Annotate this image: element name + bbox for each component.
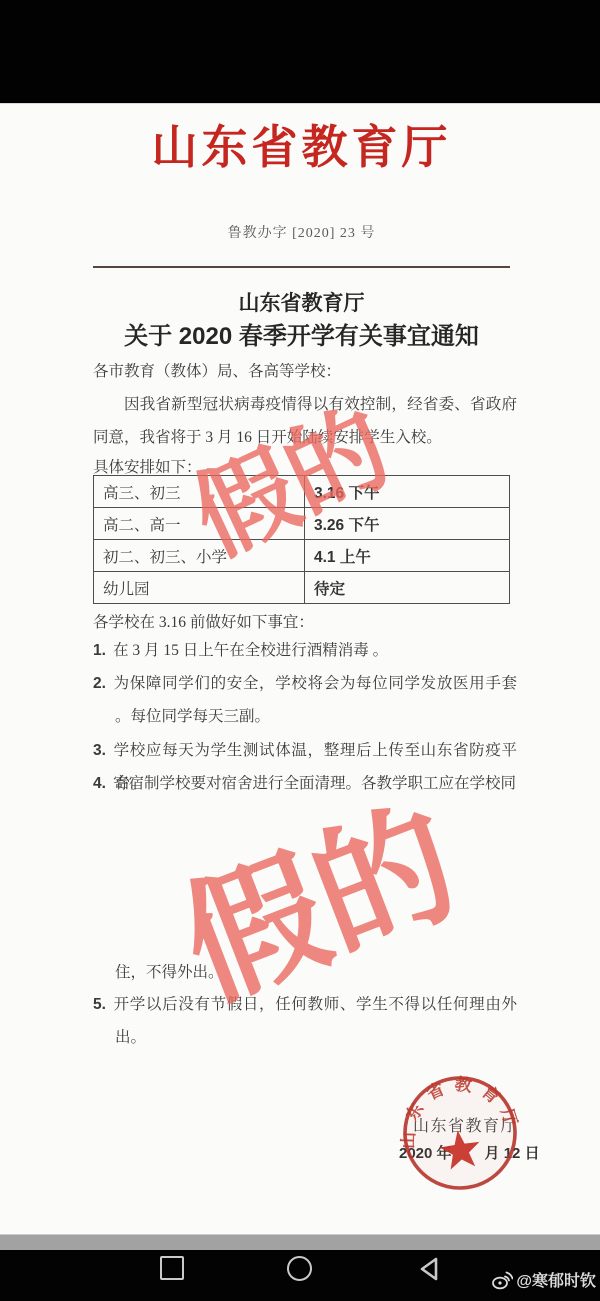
list-item: 4.寄宿制学校要对宿舍进行全面清理。各教学职工应在学校同	[93, 767, 517, 800]
item-number: 4.	[93, 775, 106, 792]
salutation: 各市教育（教体）局、各高等学校：	[93, 355, 523, 388]
document-number: 鲁教办字 [2020] 23 号	[93, 222, 510, 242]
document-title-line2: 关于 2020 春季开学有关事宜通知	[93, 316, 510, 351]
item-text: 为保障同学们的安全，学校将会为每位同学发放医用手套 。每位同学每天三副。	[113, 675, 517, 725]
back-button[interactable]	[417, 1256, 443, 1282]
grade-cell: 高三、初三	[94, 476, 305, 508]
time-cell: 待定	[305, 572, 510, 604]
official-seal: 山东省教育厅	[391, 1064, 529, 1202]
reopening-schedule-table: 高三、初三 3.16 下午 高二、高一 3.26 下午 初二、初三、小学 4.1…	[93, 475, 510, 604]
recents-button[interactable]	[160, 1256, 184, 1280]
phone-screenshot: 山东省教育厅 鲁教办字 [2020] 23 号 山东省教育厅 关于 2020 春…	[0, 0, 600, 1301]
screen-bottom-strip	[0, 1234, 600, 1250]
item-number: 5.	[93, 996, 106, 1013]
weibo-logo-icon	[491, 1270, 513, 1290]
weibo-watermark: @寒郁时钦	[491, 1268, 596, 1291]
home-button[interactable]	[287, 1256, 312, 1281]
grade-cell: 高二、高一	[94, 508, 305, 540]
grade-cell: 幼儿园	[94, 572, 305, 604]
table-row: 高二、高一 3.26 下午	[94, 508, 510, 540]
list-item: 1.在 3 月 15 日上午在全校进行酒精消毒 。	[93, 634, 517, 667]
letterhead-divider	[93, 266, 510, 268]
opening-paragraph: 因我省新型冠状病毒疫情得以有效控制，经省委、省政府同意，我省将于 3 月 16 …	[93, 388, 517, 454]
list-item: 2.为保障同学们的安全，学校将会为每位同学发放医用手套 。每位同学每天三副。	[93, 667, 517, 733]
agency-letterhead: 山东省教育厅	[93, 117, 510, 179]
table-row: 高三、初三 3.16 下午	[94, 476, 510, 508]
item-number: 2.	[93, 675, 106, 692]
time-cell: 3.26 下午	[305, 508, 510, 540]
list-item-continuation: 住，不得外出。	[115, 956, 515, 989]
list-item: 5.开学以后没有节假日，任何教师、学生不得以任何理由外出。	[93, 988, 517, 1054]
item-text: 开学以后没有节假日，任何教师、学生不得以任何理由外出。	[113, 996, 517, 1046]
status-bar	[0, 0, 600, 103]
android-nav-bar: @寒郁时钦	[0, 1250, 600, 1301]
time-cell: 3.16 下午	[305, 476, 510, 508]
grade-cell: 初二、初三、小学	[94, 540, 305, 572]
weibo-handle: @寒郁时钦	[516, 1268, 596, 1291]
item-number: 1.	[93, 642, 106, 659]
time-cell: 4.1 上午	[305, 540, 510, 572]
item-number: 3.	[93, 742, 106, 759]
document-page: 山东省教育厅 鲁教办字 [2020] 23 号 山东省教育厅 关于 2020 春…	[0, 103, 600, 1234]
document-title-line1: 山东省教育厅	[93, 287, 510, 317]
item-text: 在 3 月 15 日上午在全校进行酒精消毒 。	[113, 642, 388, 659]
table-row: 初二、初三、小学 4.1 上午	[94, 540, 510, 572]
table-row: 幼儿园 待定	[94, 572, 510, 604]
item-text: 寄宿制学校要对宿舍进行全面清理。各教学职工应在学校同	[113, 775, 516, 792]
